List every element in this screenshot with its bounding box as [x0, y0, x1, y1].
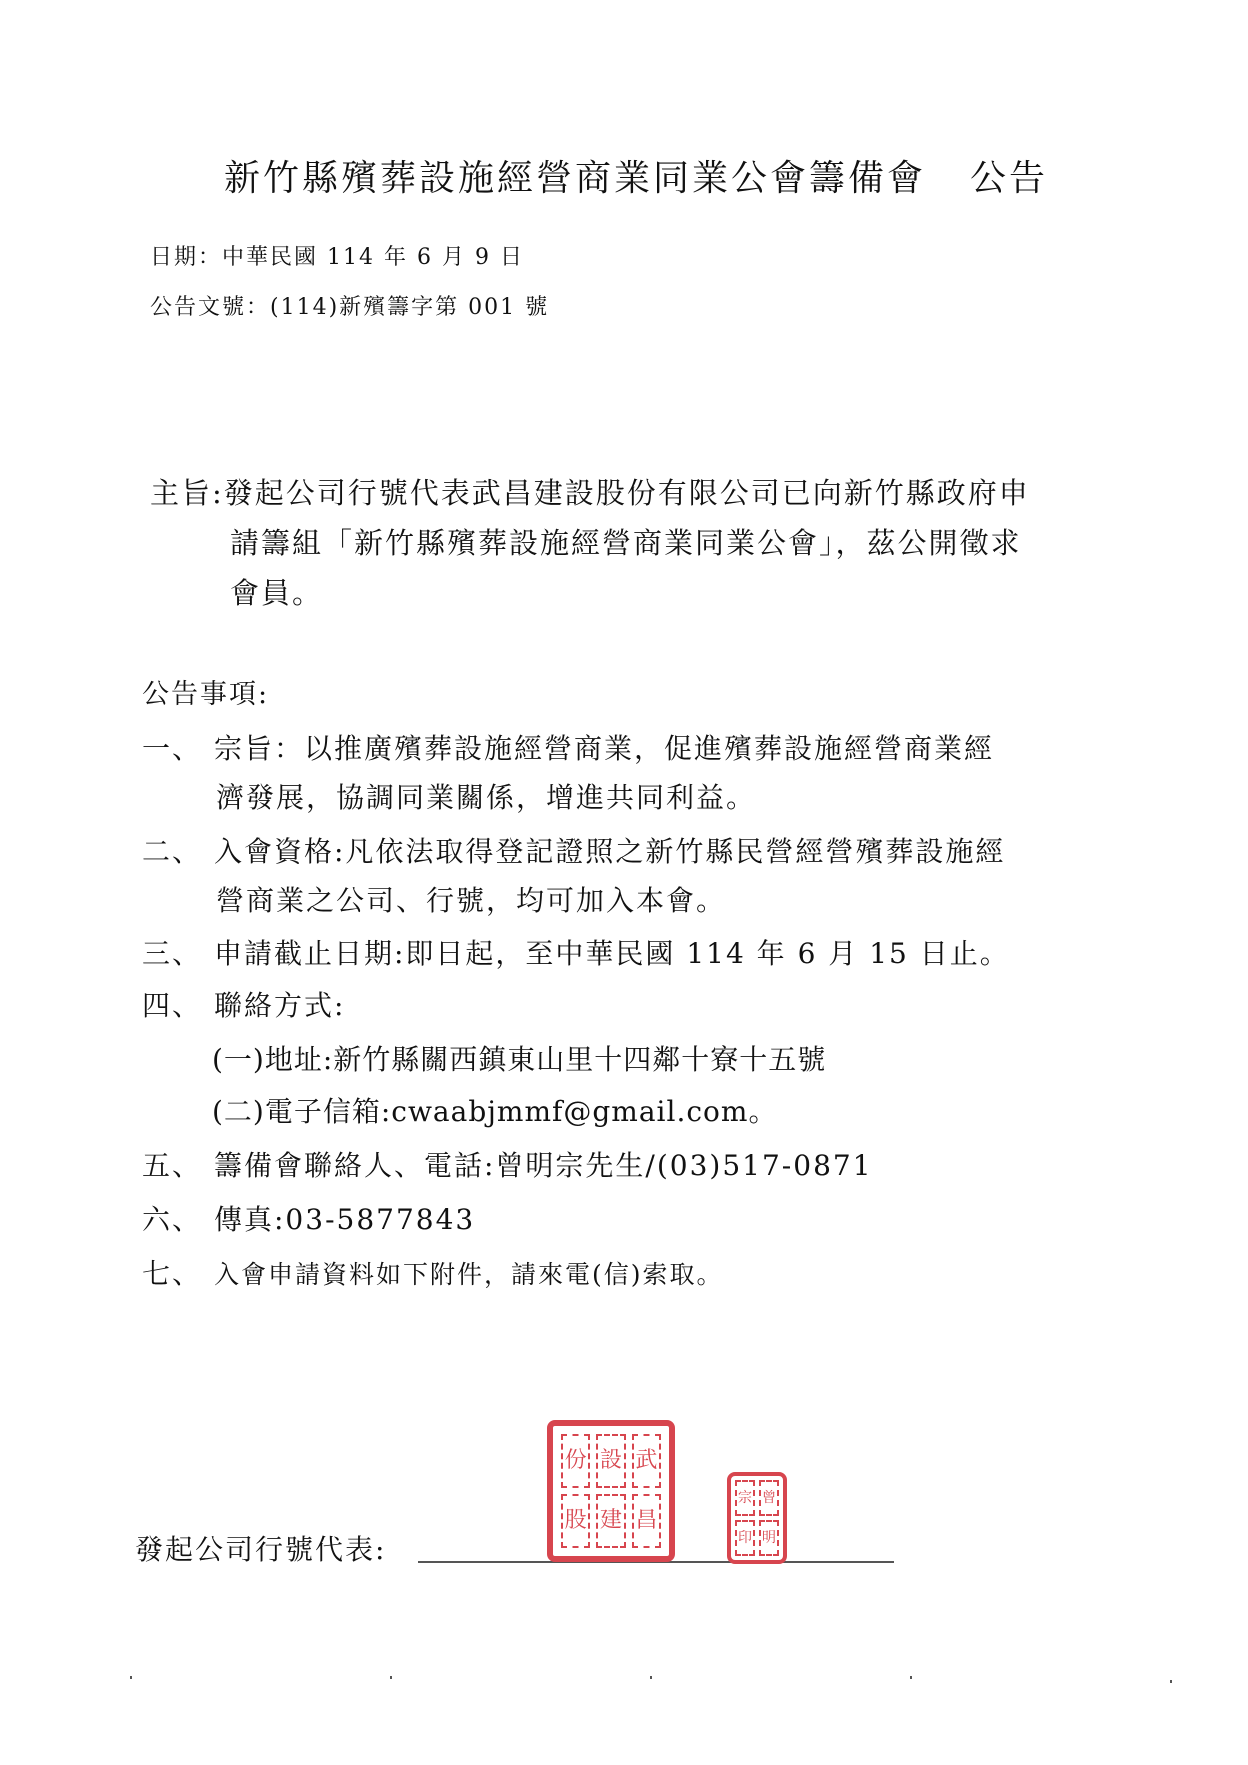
notice-item-5: 五、籌備會聯絡人、電話:曾明宗先生/(03)517-0871 — [142, 1144, 873, 1184]
item-text: 入會申請資料如下附件，請來電(信)索取。 — [214, 1260, 724, 1289]
subject-section: 主旨:發起公司行號代表武昌建設股份有限公司已向新竹縣政府申 請籌組「新竹縣殯葬設… — [150, 468, 1110, 618]
seal-glyph: 宗 — [735, 1480, 755, 1516]
seal-glyph: 武 — [632, 1434, 661, 1488]
item-text: 申請截止日期:即日起，至中華民國 114 年 6 月 15 日止。 — [214, 937, 1010, 970]
contact-address: (一)地址:新竹縣關西鎮東山里十四鄰十寮十五號 — [212, 1038, 826, 1078]
notice-heading: 公告事項: — [142, 672, 269, 711]
item-number: 四、 — [142, 984, 214, 1024]
subject-label: 主旨: — [150, 468, 224, 518]
subject-line-2: 請籌組「新竹縣殯葬設施經營商業同業公會」，茲公開徵求 — [150, 518, 1110, 568]
item-text: 宗旨：以推廣殯葬設施經營商業，促進殯葬設施經營商業經 — [214, 732, 994, 765]
item-number: 七、 — [142, 1252, 214, 1292]
date-line: 日期：中華民國 114 年 6 月 9 日 — [150, 240, 524, 271]
notice-item-3: 三、申請截止日期:即日起，至中華民國 114 年 6 月 15 日止。 — [142, 932, 1010, 972]
notice-item-1-cont: 濟發展，協調同業關係，增進共同利益。 — [216, 776, 756, 816]
representative-seal-stamp: 宗 曾 印 明 — [727, 1472, 787, 1564]
notice-item-7: 七、入會申請資料如下附件，請來電(信)索取。 — [142, 1252, 724, 1292]
subject-line-1: 發起公司行號代表武昌建設股份有限公司已向新竹縣政府申 — [224, 476, 1030, 510]
scan-mark — [650, 1676, 652, 1679]
scan-mark — [1170, 1680, 1172, 1683]
item-text: 傳真:03-5877843 — [214, 1203, 475, 1236]
notice-item-2-cont: 營商業之公司、行號，均可加入本會。 — [216, 879, 726, 919]
seal-glyph: 曾 — [759, 1480, 779, 1516]
item-text: 入會資格:凡依法取得登記證照之新竹縣民營經營殯葬設施經 — [214, 835, 1005, 868]
notice-item-6: 六、傳真:03-5877843 — [142, 1198, 475, 1238]
doc-number-line: 公告文號：(114)新殯籌字第 001 號 — [150, 290, 549, 321]
notice-item-4: 四、聯絡方式: — [142, 984, 345, 1024]
company-seal-stamp: 份 設 武 股 建 昌 — [547, 1420, 675, 1562]
seal-glyph: 設 — [596, 1434, 625, 1488]
seal-glyph: 股 — [561, 1494, 590, 1548]
seal-glyph: 昌 — [632, 1494, 661, 1548]
notice-item-1: 一、宗旨：以推廣殯葬設施經營商業，促進殯葬設施經營商業經 — [142, 727, 994, 767]
scan-mark — [910, 1676, 912, 1679]
seal-glyph: 建 — [596, 1494, 625, 1548]
scan-mark — [390, 1676, 392, 1679]
contact-email[interactable]: (二)電子信箱:cwaabjmmf@gmail.com。 — [212, 1090, 777, 1130]
signature-label: 發起公司行號代表: — [135, 1528, 386, 1568]
seal-glyph: 印 — [735, 1520, 755, 1556]
notice-item-2: 二、入會資格:凡依法取得登記證照之新竹縣民營經營殯葬設施經 — [142, 830, 1005, 870]
item-number: 二、 — [142, 830, 214, 870]
item-number: 五、 — [142, 1144, 214, 1184]
document-title-suffix: 公告 — [970, 158, 1048, 199]
item-text: 聯絡方式: — [214, 989, 345, 1022]
item-number: 三、 — [142, 932, 214, 972]
document-title: 新竹縣殯葬設施經營商業同業公會籌備會公告 — [224, 150, 1048, 201]
item-number: 一、 — [142, 727, 214, 767]
subject-line-3: 會員。 — [150, 568, 1110, 618]
document-title-text: 新竹縣殯葬設施經營商業同業公會籌備會 — [224, 158, 926, 199]
seal-glyph: 份 — [561, 1434, 590, 1488]
seal-glyph: 明 — [759, 1520, 779, 1556]
item-text: 籌備會聯絡人、電話:曾明宗先生/(03)517-0871 — [214, 1149, 873, 1182]
scan-mark — [130, 1676, 132, 1679]
item-number: 六、 — [142, 1198, 214, 1238]
